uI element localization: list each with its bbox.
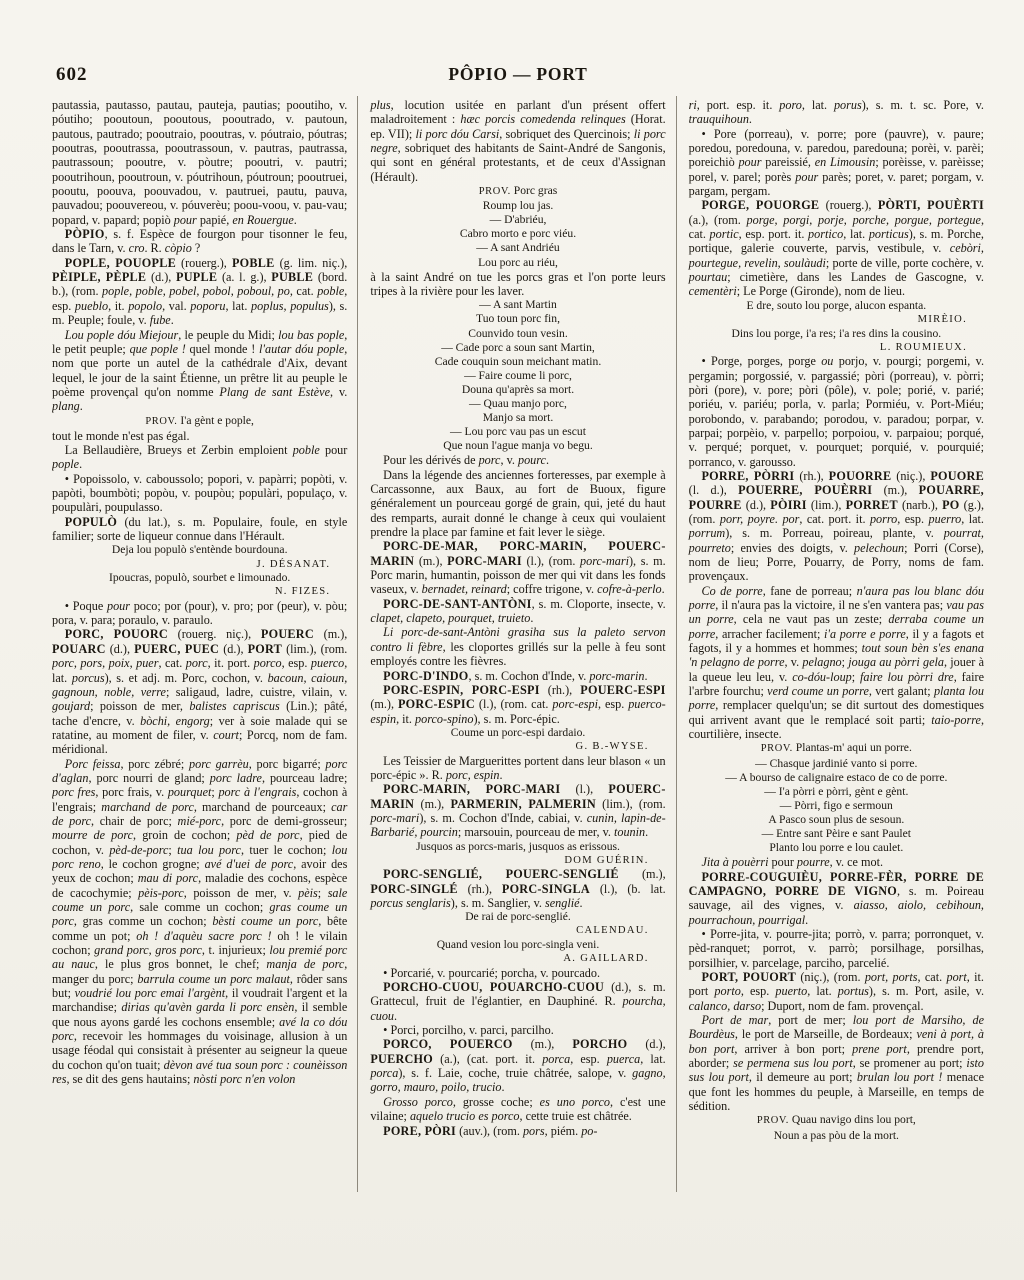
text-run: à la saint André on tue les porcs gras e… [370,270,665,298]
text-run: POUERC-ESPI [580,683,665,697]
text-run: porca [542,1052,570,1066]
paragraph-attr: J. DÉSANAT. [52,558,347,572]
text-run: ), s. f. Laie, coche, truie châtrée, sal… [398,1066,632,1080]
text-run: manja de porc [266,957,344,971]
text-run: ), s. m. Port, asile, v. [869,984,984,998]
text-run: bèsti coume un porc [212,914,318,928]
text-run: I'a gènt e pople, [177,414,253,427]
text-run: . [530,611,533,625]
text-run: Deja lou populò s'entènde bourdouna. [112,543,288,556]
text-run: , port de mer; [768,1013,853,1027]
paragraph-entry: PORC-SENGLIÉ, POUERC-SENGLIÉ (m.), PORC-… [370,867,665,910]
text-run: • Poque [65,599,107,613]
column-2: plus, locution usitée en parlant d'un pr… [357,96,675,1192]
text-run: pour [174,213,197,227]
text-run: pople [52,457,79,471]
text-run: PORC-MARIN, PORC-MARI [383,782,560,796]
text-run: , le port de Marseille, de Bordeaux; [735,1027,917,1041]
text-run: (rouerg.), [176,256,232,270]
text-run: , it. [108,299,128,313]
text-run: , cat. [290,284,317,298]
text-run: ? [192,241,200,255]
text-run: PORC-SINGLA [502,882,590,896]
text-run: faire lou pòrri dre [860,670,954,684]
text-run: , se dit des gens hautains; [66,1072,193,1086]
text-run: Plang de sant Estève [219,385,330,399]
text-run: porc [186,656,208,670]
paragraph-entry: La Bellaudière, Brueys et Zerbin emploie… [52,443,347,472]
paragraph-entry: Lou pople dóu Miejour, le peuple du Midi… [52,328,347,414]
text-run: PÈIPLE, PÈPLE [52,270,146,284]
text-run: pèis-porc [138,886,184,900]
text-run: PÒRTI, POUÈRTI [878,198,984,212]
text-run: puerco [311,656,344,670]
text-run: • Popoissolo, v. caboussolo; popori, v. … [52,472,347,515]
text-run: (rouerg. niç.), [168,627,261,641]
text-run: mourre de porc [52,828,133,842]
text-run: (m.), [314,627,347,641]
text-run: nòsti porc n'en volon [193,1072,295,1086]
text-run: . [394,1009,397,1023]
text-run: (rouerg.), [819,198,878,212]
text-run: , v. ce mot. [830,855,883,869]
text-run: , marchand de pourceaux; [194,800,331,814]
paragraph-entry: PORGE, POUORGE (rouerg.), PÒRTI, POUÈRTI… [689,198,984,298]
text-run: Lou pople dóu Miejour [65,328,178,342]
paragraph-entry: Co de porre, fane de porreau; n'aura pas… [689,584,984,742]
text-run: porc fres [52,785,95,799]
text-run: porge, porgi, porje, porche, porgue, por… [747,213,981,227]
text-run: mau di porc [138,871,198,885]
text-run: PORT, POUORT [701,970,796,984]
text-run: clapet, clapeto, pourquet, truieto [370,611,530,625]
text-run: ), s. m. Cochon d'Inde, cabiai, v. [419,811,586,825]
text-run: , porc nourri de gland; [88,771,209,785]
text-columns: pautassia, pautasso, pautau, pauteja, pa… [52,96,984,1192]
text-run: POUORRE [829,469,892,483]
text-run: PUPLE [176,270,217,284]
text-run: , porc bigarré; [249,757,326,771]
text-run: lou bas pople [278,328,344,342]
text-run: trauquihoun [689,112,749,126]
text-run: bernadet, reinard [422,582,507,596]
paragraph-attr: N. FIZES. [52,585,347,599]
paragraph-entry: PORC-DE-MAR, PORC-MARIN, POUERC-MARIN (m… [370,539,665,596]
paragraph-entry: Dans la légende des anciennes forteresse… [370,468,665,540]
text-run: PORRE, PÒRRI [701,469,794,483]
text-run: POPULÒ [65,515,117,529]
text-run: . [500,768,503,782]
text-run: . R. [144,241,164,255]
text-run: pautassia, pautasso, pautau, pauteja, pa… [52,98,347,227]
text-run: ; saligaud, ladre, cuistre, vilain, v. [166,685,347,699]
paragraph-entry: • Poque pour poco; por (pour), v. pro; p… [52,599,347,628]
text-run: porc, pors, poix, puer [52,656,158,670]
paragraph-entry: POPLE, POUOPLE (rouerg.), POBLE (g. lim.… [52,256,347,328]
text-run: ), s. m. Sanglier, v. [451,896,545,910]
text-run: pors [523,1124,545,1138]
text-run: , it. port. [208,656,254,670]
text-run: Port de mar [701,1013,768,1027]
text-run: De rai de porc-senglié. [465,910,571,923]
text-run: pareissié, [761,155,814,169]
paragraph-quote: Dins lou porge, i'a res; i'a res dins la… [689,327,984,341]
text-run: Dans la légende des anciennes forteresse… [370,468,665,539]
text-run: ou [821,354,833,368]
text-run: , arracher facilement; [715,627,824,641]
text-run: POUERC [261,627,314,641]
text-run: papié, [197,213,233,227]
text-run: . [662,582,665,596]
paragraph-quote: Deja lou populò s'entènde bourdouna. [52,543,347,557]
text-run: PORCO, POUERCO [383,1037,513,1051]
text-run: PORC-SINGLÉ [370,882,457,896]
text-run: (l.), (rom. cat. [475,697,552,711]
text-run: pourquet [168,785,212,799]
paragraph-entry: Grosso porco, grosse coche; es uno porco… [370,1095,665,1124]
text-run: aquelo trucio es porco [410,1109,520,1123]
text-run: porc à l'engrais [218,785,296,799]
text-run: porc [479,453,501,467]
text-run: porro [870,512,897,526]
paragraph-entry: • Popoissolo, v. caboussolo; popori, v. … [52,472,347,515]
text-run: ), s. m. t. sc. Pore, v. [862,98,984,112]
text-run: (lim.), (rom. [282,642,347,656]
text-run: pourre [797,855,830,869]
text-run: PROV. [145,416,177,427]
text-run: tua lou porc [177,843,241,857]
text-run: • Porre-jita, v. pourre-jita; porrò, v. … [689,927,984,970]
text-run: (m.), [619,867,666,881]
text-run: PORC, POUORC [65,627,168,641]
text-run: , piém. [545,1124,582,1138]
text-run: (l. d.), [689,483,738,497]
text-run: PORCHO-CUOU, POUARCHO-CUOU [383,980,604,994]
paragraph-entry: Jita à pouèrri pour pourre, v. ce mot. [689,855,984,869]
text-run: . [645,825,648,839]
text-run: PÒPIO [65,227,105,241]
text-run: , t. injurieux; [202,943,269,957]
text-run: porc ladre [210,771,262,785]
text-run: PORC-SENGLIÉ, POUERC-SENGLIÉ [383,867,619,881]
text-run: co-dóu-loup [792,670,852,684]
text-run: , grosse coche; [453,1095,540,1109]
text-run: (d.), [742,498,771,512]
dictionary-page: 602 PÔPIO — PORT pautassia, pautasso, pa… [0,0,1024,1280]
text-run: Jita à pouèrri [701,855,768,869]
text-run: pour [738,155,761,169]
paragraph-entry: PORC-ESPIN, PORC-ESPI (rh.), POUERC-ESPI… [370,683,665,726]
text-run: poble [317,284,344,298]
text-run: senglié [545,896,580,910]
text-run: PORE, PÒRI [383,1124,456,1138]
text-run: pour [795,170,818,184]
text-run: , v. [784,655,802,669]
text-run: Jusquos as porcs-maris, jusquos as eriss… [416,840,620,853]
text-run: Les Teissier de Marguerittes portent dan… [370,754,665,782]
text-run: PÒIRI [770,498,806,512]
paragraph-quote: Jusquos as porcs-maris, jusquos as eriss… [370,840,665,854]
text-run: (d.), [106,642,134,656]
paragraph-entry: Porc feissa, porc zébré; porc garrèu, po… [52,757,347,1087]
text-run: porrum [689,526,726,540]
text-run: mié-porc [178,814,222,828]
text-run: , lat. [807,984,838,998]
text-run: ; [168,843,177,857]
text-run: , cat. [158,656,185,670]
text-run: poble [293,443,320,457]
text-run: verd coume un porre [767,684,869,698]
paragraph-entry: • Porre-jita, v. pourre-jita; porrò, v. … [689,927,984,970]
text-run: MIRÈIO. [918,314,967,325]
text-run: Dins lou porge, i'a res; i'a res dins la… [731,327,941,340]
running-head: PÔPIO — PORT [52,62,984,85]
text-run: jouga au pòrri gela [848,655,944,669]
text-run: porcus senglaris [370,896,450,910]
text-run: porto [714,984,740,998]
text-run: PARMERIN, PALMERIN [450,797,595,811]
text-run: , tuer le cochon; [241,843,332,857]
text-run: pueblo [75,299,108,313]
text-run: PORC-D'INDO [383,669,468,683]
text-run: , chair de porc; [91,814,178,828]
text-run: , v. [500,453,518,467]
text-run: PUBLE [271,270,313,284]
text-run: (m.), [872,483,918,497]
text-run: es uno porco [540,1095,610,1109]
text-run: (auv.), (rom. [456,1124,523,1138]
text-run: poro [779,98,802,112]
text-run: (narb.), [898,498,942,512]
text-run: , se promener au port; [853,1056,967,1070]
text-run: poporu [190,299,225,313]
text-run: , lat. [961,512,984,526]
text-run: ; coffre trigone, v. [507,582,597,596]
text-run: . [171,313,174,327]
text-run: PO [942,498,959,512]
text-run: , vert galant; [869,684,934,698]
paragraph-entry: • Pore (porreau), v. porre; pore (pauvre… [689,127,984,199]
text-run: PUERCHO [370,1052,433,1066]
paragraph-quote: De rai de porc-senglié. [370,910,665,924]
text-run: (m.), [513,1037,573,1051]
text-run: . [80,399,83,413]
text-run: Grosso porco [383,1095,453,1109]
text-run: , lat. [802,98,834,112]
paragraph-cont: à la saint André on tue les porcs gras e… [370,270,665,299]
text-run: porco [254,656,282,670]
paragraph-cont: plus, locution usitée en parlant d'un pr… [370,98,665,184]
text-run: , le cochon grogne; [101,857,205,871]
text-run: pelagno [802,655,841,669]
text-run: La Bellaudière, Brueys et Zerbin emploie… [65,443,293,457]
text-run: porc, espin [446,768,500,782]
text-run: Plantas-m' aqui un porre. — Chasque jard… [725,741,947,854]
text-run: pelechoun [854,541,904,555]
text-run: plus [370,98,390,112]
text-run: , s. m. Cloporte, insecte, v. [532,597,666,611]
paragraph-entry: • Porge, porges, porge ou porjo, v. pour… [689,354,984,469]
paragraph-entry: PORRE-COUGUIÈU, PORRE-FÈR, PORRE DE CAMP… [689,870,984,927]
text-run: (l.), [560,782,608,796]
text-run: porc-espi [552,697,598,711]
text-run: — A sant Martin Tuo toun porc fin, Counv… [435,298,601,452]
paragraph-entry: PORRE, PÒRRI (rh.), POUORRE (niç.), POUO… [689,469,984,584]
text-run: ), s. et adj. m. Porc, cochon, v. [105,671,268,685]
text-run: , porc de demi-grosseur; [221,814,347,828]
text-run: (l.), (b. lat. [590,882,666,896]
text-run: (lim.), (rom. [596,797,666,811]
paragraph-quote: Quand vesion lou porc-singla veni. [370,938,665,952]
text-run: cofre-à-perlo [597,582,662,596]
text-run: ; envies des doigts, v. [731,541,854,555]
text-run: , esp. [282,656,311,670]
text-run: L. ROUMIEUX. [880,342,967,353]
text-run: , porc zébré; [120,757,189,771]
text-run: porc-marin [589,669,644,683]
text-run: (rh.), [458,882,502,896]
text-run: , sobriquet des Quercinois; [499,127,633,141]
text-run: port, ports [865,970,918,984]
text-run: E dre, souto lou porge, alucon espanta. [746,299,926,312]
text-run: , sobriquet des habitants de Saint-André… [370,141,665,184]
text-run: , v. [330,385,347,399]
paragraph-prov: PROV. Plantas-m' aqui un porre. — Chasqu… [689,741,984,855]
text-run: brulan lou port ! [857,1070,943,1084]
text-run: dirias qu'avèn garda li porc ensèn [121,1000,294,1014]
text-run: (m.), [370,697,398,711]
text-run: , cette truie est châtrée. [520,1109,632,1123]
text-run: (a.), (rom. [689,213,747,227]
text-run: porc garrèu [189,757,249,771]
paragraph-attr: G. B.-WYSE. [370,740,665,754]
text-run: pèd de porc [236,828,299,842]
paragraph-attr: DOM GUÉRIN. [370,854,665,868]
text-run: , gras comme un cochon; [74,914,212,928]
text-run: porcus [72,671,105,685]
paragraph-attr: A. GAILLARD. [370,952,665,966]
text-run: se permena sus lou port [733,1056,853,1070]
text-run: Ipoucras, populò, sourbet e limounado. [109,571,290,584]
paragraph-prov: — A sant Martin Tuo toun porc fin, Counv… [370,298,665,453]
text-run: , il n'aura pas la victoire, il ne s'en … [715,598,946,612]
text-run: pour [107,599,130,613]
text-run: pèis [298,886,318,900]
paragraph-quote: E dre, souto lou porge, alucon espanta. [689,299,984,313]
text-run: taio-porre [931,713,981,727]
text-run: prene port [852,1042,907,1056]
text-run: porc-mari [580,554,629,568]
paragraph-attr: CALENDAU. [370,924,665,938]
text-run: , cat. [918,970,947,984]
text-run: , groin de cochon; [133,828,236,842]
paragraph-entry: PORC-D'INDO, s. m. Cochon d'Inde, v. por… [370,669,665,683]
text-run: marchand de porc [101,800,194,814]
text-run: , esp. port. it. [739,227,808,241]
text-run: DOM GUÉRIN. [564,855,648,866]
text-run: port [946,970,966,984]
text-run: porticus [869,227,909,241]
text-run: , sale comme un cochon; [130,900,269,914]
text-run: , cat. port. it. [799,512,870,526]
paragraph-prov: PROV. Quau navigo dins lou port, Noun a … [689,1113,984,1142]
text-run: cro [129,241,145,255]
text-run: que pople ! [130,342,186,356]
text-run: (g. lim. niç.), [275,256,348,270]
text-run: (rh.), [794,469,828,483]
text-run: pour [320,443,348,457]
text-run: , port. esp. it. [697,98,779,112]
paragraph-cont: pautassia, pautasso, pautau, pauteja, pa… [52,98,347,227]
text-run: , pourceau ladre; [262,771,347,785]
text-run: POUARC [52,642,106,656]
text-run: . [580,896,583,910]
text-run: (a. l. g.), [217,270,271,284]
page-header: 602 PÔPIO — PORT [52,62,984,90]
paragraph-entry: Pour les dérivés de porc, v. pourc. [370,453,665,467]
text-run: l'autar dóu pople [259,342,344,356]
text-run: PROV. [757,1115,789,1126]
paragraph-entry: PORCO, POUERCO (m.), PORCHO (d.), PUERCH… [370,1037,665,1094]
text-run: puerto [775,984,807,998]
text-run: (d.), [627,1037,665,1051]
paragraph-quote: Coume un porc-espi dardaio. [370,726,665,740]
text-run: , esp. [741,984,776,998]
text-run: en Limousin [815,155,876,169]
paragraph-entry: POPULÒ (du lat.), s. m. Populaire, foule… [52,515,347,544]
text-run: ri [689,98,697,112]
text-run: . [749,112,752,126]
text-run: , esp. [598,697,628,711]
text-run: po- [581,1124,597,1138]
text-run: en Rouergue [232,213,293,227]
text-run: (d.), [146,270,176,284]
text-run: oh ! d'aquèu sacre porc ! [136,929,271,943]
text-run: POBLE [232,256,275,270]
text-run: ), s. m. Porreau, poireau, plante, v. [725,526,943,540]
paragraph-entry: PORCHO-CUOU, POUARCHO-CUOU (d.), s. m. G… [370,980,665,1023]
text-run: . [294,213,297,227]
text-run: (a.), (cat. port. it. [433,1052,542,1066]
text-run: A. GAILLARD. [563,953,648,964]
text-run: G. B.-WYSE. [576,741,649,752]
text-run: , fane de porreau; [763,584,857,598]
text-run: voudrié lou porc emai l'argènt [75,986,225,1000]
text-run: ; Le Porge (Gironde), nom de lieu. [737,284,905,298]
text-run: pèd-de-porc [109,843,168,857]
text-run: còpio [165,241,192,255]
text-run: bòchi, engorg [140,714,210,728]
text-run: . [501,1080,504,1094]
paragraph-entry: PORT, POUORT (niç.), (rom. port, ports, … [689,970,984,1013]
text-run: portus [838,984,869,998]
text-run: PORC-ESPIN, PORC-ESPI [383,683,540,697]
text-run: , cela ne vaut pas un zeste; [734,612,889,626]
text-run: portic [710,227,739,241]
text-run: avé d'uei de porc [205,857,294,871]
text-run: , poisson de mer, v. [184,886,298,900]
text-run: PORCHO [572,1037,627,1051]
text-run: tounin [614,825,645,839]
paragraph-entry: Port de mar, port de mer; lou port de Ma… [689,1013,984,1113]
text-run: , il demeure au port; [749,1070,857,1084]
text-run: porr, poyre. por [720,512,800,526]
text-run: , arriver à bon port; [734,1042,852,1056]
text-run: court [213,728,239,742]
text-run: • Porge, porges, porge [701,354,821,368]
text-run: pour [768,855,796,869]
paragraph-cont: tout le monde n'est pas égal. [52,429,347,443]
